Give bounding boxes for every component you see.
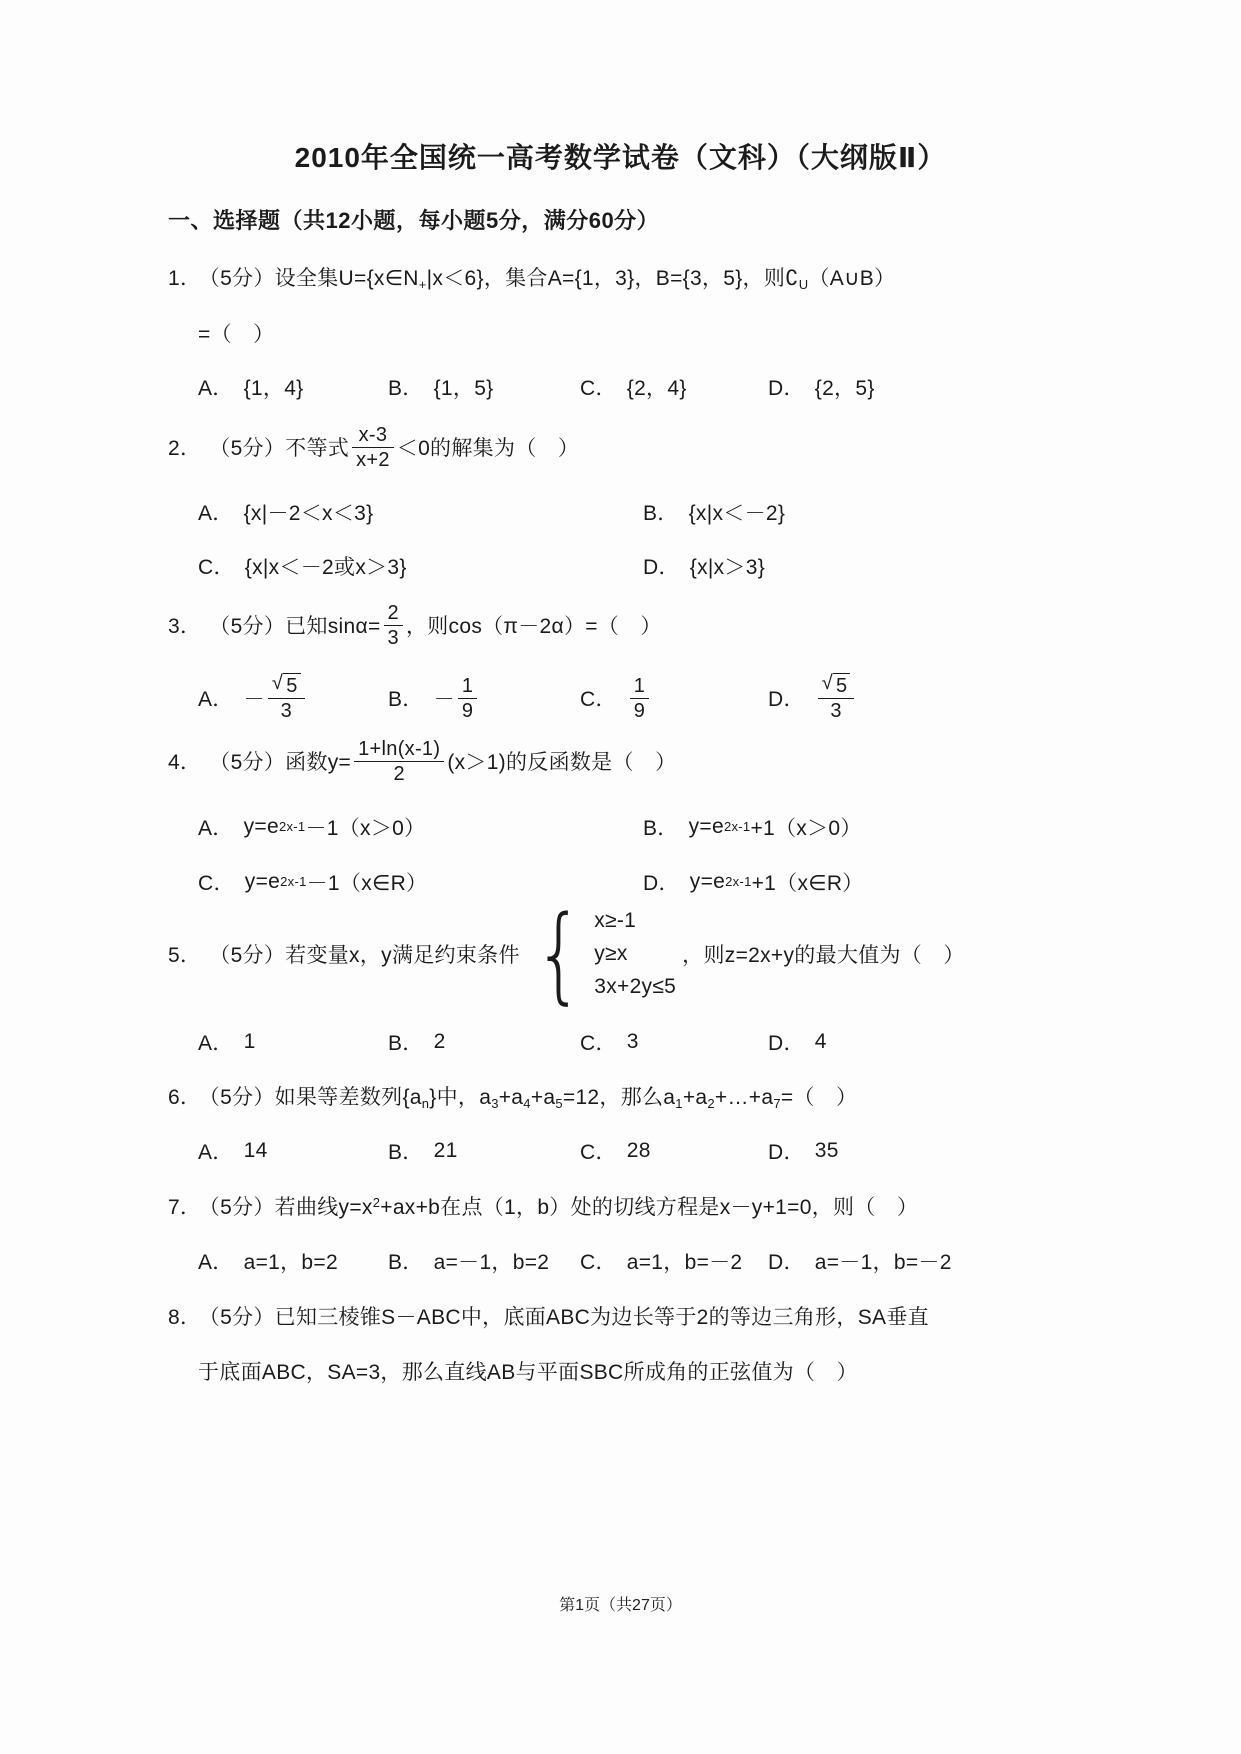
fraction: √53 xyxy=(268,673,305,723)
option-value: 3 xyxy=(627,1030,639,1054)
question-2-stem: 2．（5分）不等式x-3x+2＜0的解集为（ ） xyxy=(168,414,579,480)
constraint-1: x≥-1 xyxy=(594,909,676,933)
radical-icon: √ xyxy=(822,673,833,694)
option-b: B．2 xyxy=(388,1027,580,1057)
question-5-options: A．1 B．2 C．3 D．4 xyxy=(198,1027,827,1057)
option-value: {1，5} xyxy=(434,372,494,402)
question-4-stem: 4．（5分）函数y=1+ln(x-1)2(x＞1)的反函数是（ ） xyxy=(168,730,676,792)
question-number: 8． xyxy=(168,1306,201,1329)
radical-icon: √ xyxy=(272,673,283,694)
subscript: 4 xyxy=(523,1096,531,1111)
option-d: D．35 xyxy=(768,1136,839,1166)
square-root: √5 xyxy=(272,673,301,698)
option-value: 2 xyxy=(434,1030,446,1054)
option-d: D．a=－1，b=－2 xyxy=(768,1246,952,1276)
exam-title: 2010年全国统一高考数学试卷（文科）（大纲版Ⅱ） xyxy=(0,136,1241,176)
question-7-stem: 7．（5分）若曲线y=x2+ax+b在点（1，b）处的切线方程是x－y+1=0，… xyxy=(168,1191,918,1221)
option-value: {2，4} xyxy=(627,372,687,402)
option-c: C．{2，4} xyxy=(580,372,768,402)
option-value: 14 xyxy=(244,1139,268,1163)
fraction: 19 xyxy=(458,674,477,723)
question-2-options-row1: A．{x|－2＜x＜3} B．{x|x＜－2} xyxy=(198,497,785,527)
subscript: 1 xyxy=(675,1096,683,1111)
option-c: C．{x|x＜－2或x＞3} xyxy=(198,551,643,581)
option-value: 4 xyxy=(815,1030,827,1054)
section-header: 一、选择题（共12小题，每小题5分，满分60分） xyxy=(168,204,659,235)
option-value: {x|－2＜x＜3} xyxy=(244,497,374,527)
option-c: C．28 xyxy=(580,1136,768,1166)
question-number: 1． xyxy=(168,267,201,290)
option-a: A．1 xyxy=(198,1027,388,1057)
question-number: 7． xyxy=(168,1196,201,1219)
question-8-stem: 8．（5分）已知三棱锥S－ABC中，底面ABC为边长等于2的等边三角形，SA垂直 xyxy=(168,1301,929,1331)
minus-sign: － xyxy=(244,683,265,713)
fraction: 23 xyxy=(384,601,403,650)
question-1-stem: 1．（5分）设全集U={x∈N+|x＜6}，集合A={1，3}，B={3，5}，… xyxy=(168,262,895,292)
question-6-options: A．14 B．21 C．28 D．35 xyxy=(198,1136,839,1166)
option-c: C．3 xyxy=(580,1027,768,1057)
option-value: a=－1，b=－2 xyxy=(815,1246,952,1276)
option-c: C．a=1，b=－2 xyxy=(580,1246,768,1276)
question-number: 3． xyxy=(168,610,201,640)
option-d: D．y=e2x-1+1（x∈R） xyxy=(643,867,864,897)
option-a: A．y=e2x-1－1（x＞0） xyxy=(198,812,643,842)
question-3-stem: 3．（5分）已知sinα=23，则cos（π－2α）=（ ） xyxy=(168,592,662,658)
subscript: 2 xyxy=(707,1096,715,1111)
option-value: 1 xyxy=(244,1030,256,1054)
option-a: A．{x|－2＜x＜3} xyxy=(198,497,643,527)
question-6-stem: 6．（5分）如果等差数列{an}中，a3+a4+a5=12，那么a1+a2+…+… xyxy=(168,1081,857,1111)
question-1-stem-line2: =（ ） xyxy=(198,318,274,348)
option-a: A．14 xyxy=(198,1136,388,1166)
option-value: {x|x＜－2} xyxy=(689,497,786,527)
option-a: A．a=1，b=2 xyxy=(198,1246,388,1276)
option-value: {1，4} xyxy=(244,372,304,402)
option-d: D．4 xyxy=(768,1027,827,1057)
question-number: 4． xyxy=(168,746,201,776)
question-4-options-row2: C．y=e2x-1－1（x∈R） D．y=e2x-1+1（x∈R） xyxy=(198,867,864,897)
option-value: {2，5} xyxy=(815,372,875,402)
fraction: 19 xyxy=(630,674,649,723)
question-4-options-row1: A．y=e2x-1－1（x＞0） B．y=e2x-1+1（x＞0） xyxy=(198,812,862,842)
option-value: 28 xyxy=(627,1139,651,1163)
option-value: 21 xyxy=(434,1139,458,1163)
left-brace: { xyxy=(534,905,584,1004)
question-number: 2． xyxy=(168,432,201,462)
option-value: a=－1，b=2 xyxy=(434,1246,550,1276)
option-value: {x|x＞3} xyxy=(690,551,765,581)
option-d: D． √53 xyxy=(768,673,857,723)
question-5-stem: 5．（5分）若变量x，y满足约束条件{x≥-1y≥x3x+2y≤5，则z=2x+… xyxy=(168,898,965,1010)
question-number: 6． xyxy=(168,1086,201,1109)
option-d: D．{x|x＞3} xyxy=(643,551,765,581)
question-2-options-row2: C．{x|x＜－2或x＞3} D．{x|x＞3} xyxy=(198,551,765,581)
subscript: U xyxy=(799,277,809,292)
option-value: 35 xyxy=(815,1139,839,1163)
question-7-options: A．a=1，b=2 B．a=－1，b=2 C．a=1，b=－2 D．a=－1，b… xyxy=(198,1246,952,1276)
page-footer: 第1页（共27页） xyxy=(0,1592,1241,1615)
option-a: A．{1，4} xyxy=(198,372,388,402)
option-b: B．{x|x＜－2} xyxy=(643,497,785,527)
question-8-stem-line2: 于底面ABC，SA=3，那么直线AB与平面SBC所成角的正弦值为（ ） xyxy=(198,1356,858,1386)
option-b: B．{1，5} xyxy=(388,372,580,402)
fraction: x-3x+2 xyxy=(352,423,394,472)
option-b: B．a=－1，b=2 xyxy=(388,1246,580,1276)
option-value: a=1，b=2 xyxy=(244,1246,338,1276)
subscript: 5 xyxy=(555,1096,563,1111)
option-value: a=1，b=－2 xyxy=(627,1246,743,1276)
option-b: B．y=e2x-1+1（x＞0） xyxy=(643,812,862,842)
fraction: √53 xyxy=(818,673,855,723)
minus-sign: － xyxy=(434,683,455,713)
fraction: 1+ln(x-1)2 xyxy=(354,737,444,786)
question-1-options: A．{1，4} B．{1，5} C．{2，4} D．{2，5} xyxy=(198,372,875,402)
constraint-2: y≥x xyxy=(594,942,676,966)
square-root: √5 xyxy=(822,673,851,698)
option-b: B． － 19 xyxy=(388,674,580,723)
option-value: {x|x＜－2或x＞3} xyxy=(245,551,407,581)
constraint-system: {x≥-1y≥x3x+2y≤5 xyxy=(526,905,676,1004)
subscript: 3 xyxy=(491,1096,499,1111)
question-3-options: A． － √53 B． － 19 C． 19 D． √53 xyxy=(198,658,857,738)
subscript: 7 xyxy=(773,1096,781,1111)
option-c: C． 19 xyxy=(580,674,768,723)
constraint-3: 3x+2y≤5 xyxy=(594,975,676,999)
option-d: D．{2，5} xyxy=(768,372,875,402)
option-b: B．21 xyxy=(388,1136,580,1166)
option-a: A． － √53 xyxy=(198,673,388,723)
question-number: 5． xyxy=(168,939,201,969)
subscript: + xyxy=(419,277,427,292)
